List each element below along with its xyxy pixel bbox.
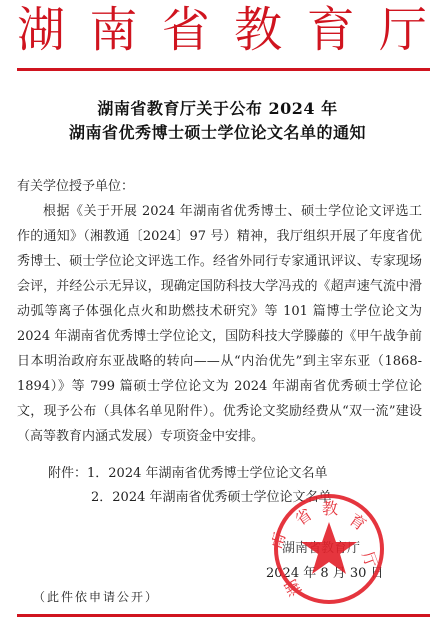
salutation: 有关学位授予单位： [17, 174, 422, 199]
official-seal-icon: 省 教 育 厅 南 湖 [272, 492, 386, 606]
svg-text:教: 教 [322, 499, 338, 518]
masthead-char: 教 [234, 2, 282, 58]
attachments-label: 附件： [48, 466, 87, 481]
masthead-char: 省 [162, 2, 210, 58]
masthead-char: 厅 [379, 2, 427, 58]
document-title-line-2: 湖南省优秀博士硕士学位论文名单的通知 [0, 120, 435, 143]
header-divider [17, 68, 430, 71]
body-paragraph-text: 根据《关于开展 2024 年湖南省优秀博士、硕士学位论文评选工作的通知》（湘教通… [17, 199, 422, 449]
disclosure-note: （此件依申请公开） [33, 588, 159, 605]
masthead-char: 湖 [17, 2, 65, 58]
attachment-item: 1．2024 年湖南省优秀博士学位论文名单 [87, 466, 328, 481]
document-title-line-1: 湖南省教育厅关于公布 2024 年 [0, 96, 435, 119]
svg-text:南: 南 [272, 530, 289, 552]
masthead-char: 南 [89, 2, 137, 58]
attachment-row-1: 附件：1．2024 年湖南省优秀博士学位论文名单 [48, 462, 332, 486]
footer-divider [17, 614, 430, 617]
body-paragraph: 根据《关于开展 2024 年湖南省优秀博士、硕士学位论文评选工作的通知》（湘教通… [17, 199, 422, 449]
masthead: 湖 南 省 教 育 厅 [17, 2, 427, 58]
masthead-char: 育 [307, 2, 355, 58]
